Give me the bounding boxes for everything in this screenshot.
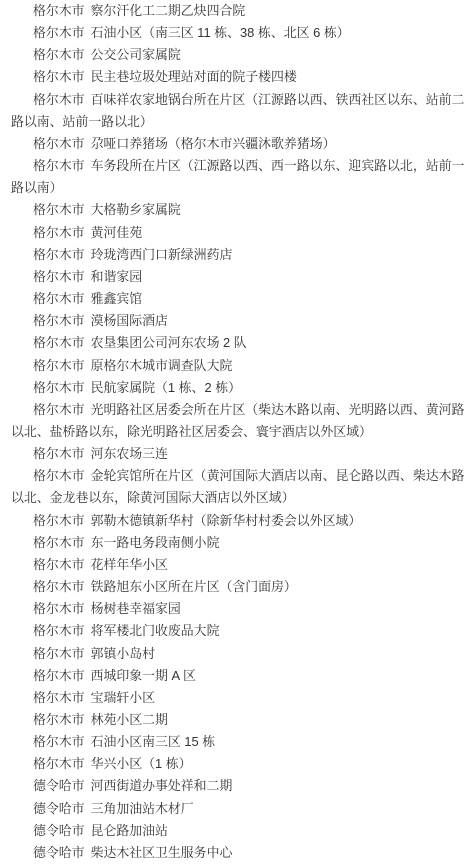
location-label: 华兴小区（1 栋） bbox=[91, 756, 192, 771]
city-label: 格尔木市 bbox=[33, 623, 85, 638]
list-item: 格尔木市郭勒木德镇新华村（除新华村村委会以外区域） bbox=[11, 510, 466, 532]
list-item: 德令哈市三角加油站木材厂 bbox=[11, 798, 466, 820]
list-item: 格尔木市光明路社区居委会所在片区（柴达木路以南、光明路以西、黄河路以北、盐桥路以… bbox=[11, 399, 466, 443]
list-item: 格尔木市和谐家园 bbox=[11, 266, 466, 288]
city-label: 格尔木市 bbox=[33, 690, 85, 705]
list-item: 格尔木市玲珑湾西门口新绿洲药店 bbox=[11, 244, 466, 266]
location-label: 郭勒木德镇新华村（除新华村村委会以外区域） bbox=[91, 513, 362, 528]
list-item: 格尔木市东一路电务段南侧小院 bbox=[11, 532, 466, 554]
location-label: 铁路旭东小区所在片区（含门面房） bbox=[91, 579, 297, 594]
location-label: 大格勒乡家属院 bbox=[91, 202, 181, 217]
list-item: 格尔木市林苑小区二期 bbox=[11, 709, 466, 731]
city-label: 格尔木市 bbox=[33, 269, 85, 284]
location-label: 原格尔木城市调查队大院 bbox=[91, 358, 233, 373]
city-label: 格尔木市 bbox=[33, 380, 85, 395]
list-item: 格尔木市尕哑口养猪场（格尔木市兴疆沐歌养猪场） bbox=[11, 133, 466, 155]
city-label: 格尔木市 bbox=[33, 158, 85, 173]
list-item: 格尔木市杨树巷幸福家园 bbox=[11, 598, 466, 620]
city-label: 格尔木市 bbox=[33, 291, 85, 306]
location-label: 西城印象一期 A 区 bbox=[91, 668, 196, 683]
location-label: 将军楼北门收废品大院 bbox=[91, 623, 220, 638]
location-label: 民主巷垃圾处理站对面的院子楼四楼 bbox=[91, 69, 297, 84]
location-label: 三角加油站木材厂 bbox=[91, 801, 194, 816]
city-label: 格尔木市 bbox=[33, 446, 85, 461]
location-label: 东一路电务段南侧小院 bbox=[91, 535, 220, 550]
city-label: 格尔木市 bbox=[33, 47, 85, 62]
city-label: 格尔木市 bbox=[33, 402, 85, 417]
location-label: 宝瑞轩小区 bbox=[91, 690, 155, 705]
list-item: 格尔木市将军楼北门收废品大院 bbox=[11, 620, 466, 642]
location-label: 黄河佳苑 bbox=[91, 225, 143, 240]
list-item: 格尔木市花样年华小区 bbox=[11, 554, 466, 576]
list-item: 格尔木市宝瑞轩小区 bbox=[11, 687, 466, 709]
city-label: 格尔木市 bbox=[33, 557, 85, 572]
city-label: 德令哈市 bbox=[33, 801, 85, 816]
list-item: 格尔木市铁路旭东小区所在片区（含门面房） bbox=[11, 576, 466, 598]
list-item: 德令哈市柴达木社区卫生服务中心 bbox=[11, 842, 466, 864]
list-item: 格尔木市原格尔木城市调查队大院 bbox=[11, 355, 466, 377]
city-label: 格尔木市 bbox=[33, 358, 85, 373]
city-label: 格尔木市 bbox=[33, 335, 85, 350]
list-item: 格尔木市百味祥农家地锅台所在片区（江源路以西、铁西社区以东、站前二路以南、站前一… bbox=[11, 89, 466, 133]
city-label: 格尔木市 bbox=[33, 247, 85, 262]
location-label: 石油小区南三区 15 栋 bbox=[91, 734, 216, 749]
list-item: 格尔木市华兴小区（1 栋） bbox=[11, 753, 466, 775]
list-item: 格尔木市察尔汗化工二期乙炔四合院 bbox=[11, 0, 466, 22]
location-label: 民航家属院（1 栋、2 栋） bbox=[91, 380, 241, 395]
city-label: 德令哈市 bbox=[33, 778, 85, 793]
list-item: 格尔木市车务段所在片区（江源路以西、西一路以东、迎宾路以北，站前一路以南） bbox=[11, 155, 466, 199]
location-label: 雅鑫宾馆 bbox=[91, 291, 143, 306]
list-item: 格尔木市雅鑫宾馆 bbox=[11, 288, 466, 310]
list-item: 格尔木市漠杨国际酒店 bbox=[11, 310, 466, 332]
city-label: 格尔木市 bbox=[33, 535, 85, 550]
city-label: 格尔木市 bbox=[33, 579, 85, 594]
city-label: 格尔木市 bbox=[33, 202, 85, 217]
city-label: 德令哈市 bbox=[33, 845, 85, 860]
list-item: 格尔木市石油小区（南三区 11 栋、38 栋、北区 6 栋） bbox=[11, 22, 466, 44]
list-item: 格尔木市金轮宾馆所在片区（黄河国际大酒店以南、昆仑路以西、柴达木路以北、金龙巷以… bbox=[11, 465, 466, 509]
list-item: 格尔木市西城印象一期 A 区 bbox=[11, 665, 466, 687]
location-label: 和谐家园 bbox=[91, 269, 143, 284]
city-label: 格尔木市 bbox=[33, 513, 85, 528]
location-label: 漠杨国际酒店 bbox=[91, 313, 168, 328]
list-item: 格尔木市农垦集团公司河东农场 2 队 bbox=[11, 332, 466, 354]
city-label: 格尔木市 bbox=[33, 646, 85, 661]
list-item: 格尔木市公交公司家属院 bbox=[11, 44, 466, 66]
city-label: 格尔木市 bbox=[33, 3, 85, 18]
location-label: 农垦集团公司河东农场 2 队 bbox=[91, 335, 247, 350]
location-label: 昆仑路加油站 bbox=[91, 823, 168, 838]
city-label: 格尔木市 bbox=[33, 92, 85, 107]
city-label: 格尔木市 bbox=[33, 756, 85, 771]
city-label: 格尔木市 bbox=[33, 313, 85, 328]
city-label: 格尔木市 bbox=[33, 468, 85, 483]
list-item: 格尔木市黄河佳苑 bbox=[11, 222, 466, 244]
city-label: 格尔木市 bbox=[33, 668, 85, 683]
location-label: 河东农场三连 bbox=[91, 446, 168, 461]
city-label: 格尔木市 bbox=[33, 712, 85, 727]
list-item: 格尔木市河东农场三连 bbox=[11, 443, 466, 465]
location-label: 石油小区（南三区 11 栋、38 栋、北区 6 栋） bbox=[91, 25, 350, 40]
city-label: 德令哈市 bbox=[33, 823, 85, 838]
city-label: 格尔木市 bbox=[33, 601, 85, 616]
list-item: 格尔木市民航家属院（1 栋、2 栋） bbox=[11, 377, 466, 399]
location-label: 林苑小区二期 bbox=[91, 712, 168, 727]
location-label: 郭镇小岛村 bbox=[91, 646, 155, 661]
location-label: 花样年华小区 bbox=[91, 557, 168, 572]
location-label: 柴达木社区卫生服务中心 bbox=[91, 845, 233, 860]
location-label: 杨树巷幸福家园 bbox=[91, 601, 181, 616]
location-label: 尕哑口养猪场（格尔木市兴疆沐歌养猪场） bbox=[91, 136, 336, 151]
list-item: 德令哈市昆仑路加油站 bbox=[11, 820, 466, 842]
city-label: 格尔木市 bbox=[33, 734, 85, 749]
location-label: 玲珑湾西门口新绿洲药店 bbox=[91, 247, 233, 262]
list-item: 德令哈市河西街道办事处祥和二期 bbox=[11, 775, 466, 797]
list-item: 格尔木市大格勒乡家属院 bbox=[11, 199, 466, 221]
list-item: 格尔木市民主巷垃圾处理站对面的院子楼四楼 bbox=[11, 66, 466, 88]
risk-area-list: 格尔木市察尔汗化工二期乙炔四合院 格尔木市石油小区（南三区 11 栋、38 栋、… bbox=[0, 0, 472, 864]
location-label: 河西街道办事处祥和二期 bbox=[91, 778, 233, 793]
list-item: 格尔木市石油小区南三区 15 栋 bbox=[11, 731, 466, 753]
city-label: 格尔木市 bbox=[33, 25, 85, 40]
city-label: 格尔木市 bbox=[33, 69, 85, 84]
location-label: 公交公司家属院 bbox=[91, 47, 181, 62]
city-label: 格尔木市 bbox=[33, 136, 85, 151]
location-label: 察尔汗化工二期乙炔四合院 bbox=[91, 3, 246, 18]
city-label: 格尔木市 bbox=[33, 225, 85, 240]
list-item: 格尔木市郭镇小岛村 bbox=[11, 643, 466, 665]
